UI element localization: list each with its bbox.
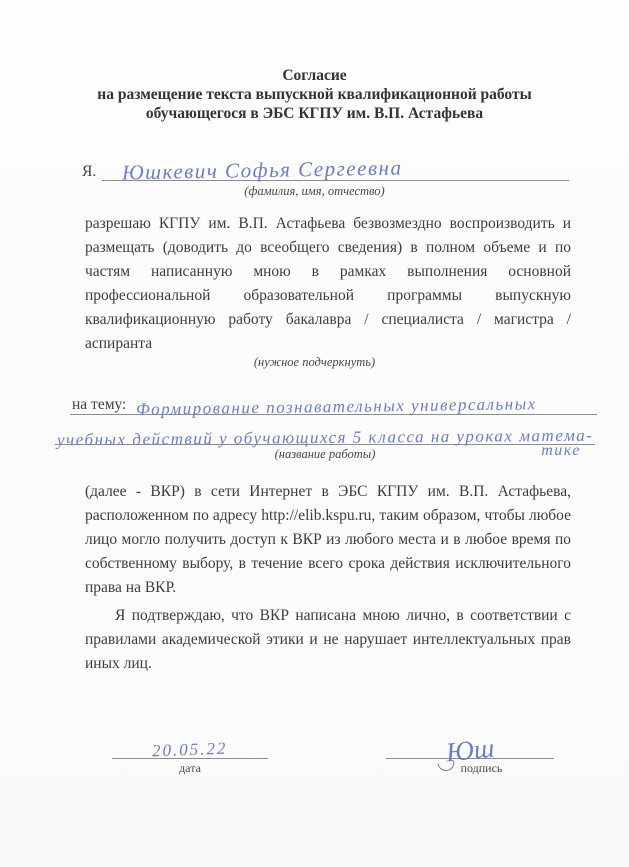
handwritten-date: 20.05.22 — [152, 739, 228, 762]
permission-paragraph: разрешаю КГПУ им. В.П. Астафьева безвозм… — [85, 212, 571, 356]
date-underline: 20.05.22 — [112, 728, 268, 759]
name-prefix: Я. — [78, 163, 102, 181]
title-line-3: обучающегося в ЭБС КГПУ им. В.П. Астафье… — [0, 104, 629, 123]
signature-underline: Юш — [386, 728, 554, 759]
topic-line-1: на тему: Формирование познавательных уни… — [70, 384, 597, 415]
title-line-2: на размещение текста выпускной квалифика… — [0, 85, 629, 104]
document-title: Согласие на размещение текста выпускной … — [0, 66, 629, 123]
footer-spacer — [268, 728, 386, 776]
topic-label: на тему: — [70, 396, 130, 414]
handwritten-name: Юшкевич Софья Сергеевна — [122, 156, 403, 186]
signature-label: подпись — [386, 761, 554, 776]
topic-wrap-row: (название работы) тике — [55, 447, 595, 465]
consent-document-page: Согласие на размещение текста выпускной … — [0, 0, 629, 867]
title-line-1: Согласие — [0, 66, 629, 85]
signature-block: Юш подпись — [386, 728, 554, 776]
distribution-paragraph: (далее - ВКР) в сети Интернет в ЭБС КГПУ… — [85, 480, 571, 600]
date-block: 20.05.22 дата — [112, 728, 268, 776]
signature-footer: 20.05.22 дата Юш подпись — [112, 728, 629, 776]
name-caption: (фамилия, имя, отчество) — [0, 184, 629, 199]
handwritten-topic-wrap: тике — [541, 442, 581, 460]
name-underline: Юшкевич Софья Сергеевна — [102, 146, 569, 181]
underline-note: (нужное подчеркнуть) — [0, 355, 629, 370]
confirmation-paragraph: Я подтверждаю, что ВКР написана мною лич… — [85, 604, 571, 676]
name-line: Я. Юшкевич Софья Сергеевна — [78, 147, 569, 181]
date-label: дата — [112, 761, 268, 776]
topic-caption: (название работы) — [55, 447, 595, 462]
